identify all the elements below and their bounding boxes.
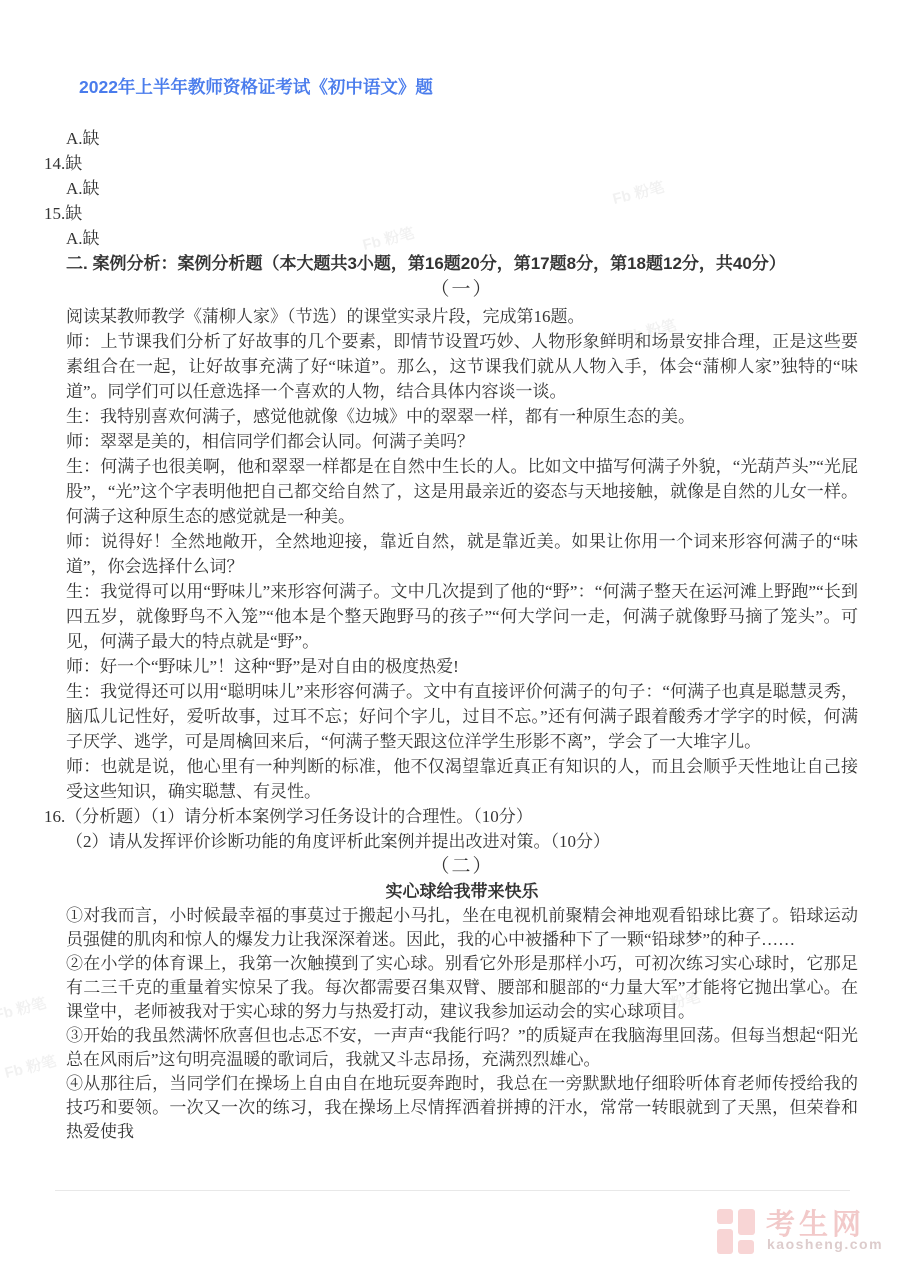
mc-option: A.缺 (66, 176, 858, 201)
case-transcript: 阅读某教师教学《蒲柳人家》（节选）的课堂实录片段，完成第16题。 师：上节课我们… (66, 304, 858, 804)
kaosheng-domain-text: kaosheng.com (767, 1236, 883, 1252)
dialogue-paragraph: 生：我特别喜欢何满子，感觉他就像《边城》中的翠翠一样，都有一种原生态的美。 (66, 404, 858, 429)
mc-option: A.缺 (66, 126, 858, 151)
document-body: A.缺 14.缺 A.缺 15.缺 A.缺 二. 案例分析：案例分析题（本大题共… (66, 126, 858, 1144)
question-16-part2: （2）请从发挥评价诊断功能的角度评析此案例并提出改进对策。（10分） (66, 829, 858, 854)
mc-option: A.缺 (66, 226, 858, 251)
question-16-part1: 16.（分析题）（1）请分析本案例学习任务设计的合理性。（10分） (66, 804, 858, 829)
exam-title-link[interactable]: 2022年上半年教师资格证考试《初中语文》题 (79, 74, 433, 99)
question-14-item: 14.缺 (66, 151, 858, 176)
question-15-item: 15.缺 (66, 201, 858, 226)
dialogue-paragraph: 师：翠翠是美的，相信同学们都会认同。何满子美吗？ (66, 429, 858, 454)
part-one-label: （一） (66, 277, 858, 303)
essay-title: 实心球给我带来快乐 (66, 880, 858, 904)
dialogue-paragraph: 生：我觉得可以用“野味儿”来形容何满子。文中几次提到了他的“野”：“何满子整天在… (66, 579, 858, 654)
case-intro: 阅读某教师教学《蒲柳人家》（节选）的课堂实录片段，完成第16题。 (66, 304, 858, 329)
part-two-label: （二） (66, 854, 858, 880)
fenbi-watermark: Fb 粉笔 (0, 992, 48, 1025)
exam-document-page: 2022年上半年教师资格证考试《初中语文》题 A.缺 14.缺 A.缺 15.缺… (0, 0, 900, 1274)
essay-paragraph: ④从那往后，当同学们在操场上自由自在地玩耍奔跑时，我总在一旁默默地仔细聆听体育老… (66, 1072, 858, 1144)
essay-paragraph: ①对我而言，小时候最幸福的事莫过于搬起小马扎，坐在电视机前聚精会神地观看铅球比赛… (66, 904, 858, 952)
fenbi-watermark: Fb 粉笔 (2, 1050, 58, 1083)
kaosheng-logo[interactable]: 考生网 kaosheng.com (717, 1206, 879, 1256)
dialogue-paragraph: 师：好一个“野味儿”！这种“野”是对自由的极度热爱! (66, 654, 858, 679)
dialogue-paragraph: 师：说得好！全然地敞开，全然地迎接，靠近自然，就是靠近美。如果让你用一个词来形容… (66, 529, 858, 579)
essay-section: 实心球给我带来快乐 ①对我而言，小时候最幸福的事莫过于搬起小马扎，坐在电视机前聚… (66, 880, 858, 1144)
essay-paragraph: ③开始的我虽然满怀欣喜但也忐忑不安，一声声“我能行吗？”的质疑声在我脑海里回荡。… (66, 1024, 858, 1072)
essay-paragraph: ②在小学的体育课上，我第一次触摸到了实心球。别看它外形是那样小巧，可初次练习实心… (66, 952, 858, 1024)
dialogue-paragraph: 生：何满子也很美啊，他和翠翠一样都是在自然中生长的人。比如文中描写何满子外貌，“… (66, 454, 858, 529)
section-two-heading: 二. 案例分析：案例分析题（本大题共3小题，第16题20分，第17题8分，第18… (66, 251, 858, 277)
dialogue-paragraph: 生：我觉得还可以用“聪明味儿”来形容何满子。文中有直接评价何满子的句子：“何满子… (66, 679, 858, 754)
page-divider (55, 1190, 850, 1191)
dialogue-paragraph: 师：也就是说，他心里有一种判断的标准，他不仅渴望靠近真正有知识的人，而且会顺乎天… (66, 754, 858, 804)
dialogue-paragraph: 师：上节课我们分析了好故事的几个要素，即情节设置巧妙、人物形象鲜明和场景安排合理… (66, 329, 858, 404)
kaosheng-logo-mark-icon (717, 1209, 757, 1254)
